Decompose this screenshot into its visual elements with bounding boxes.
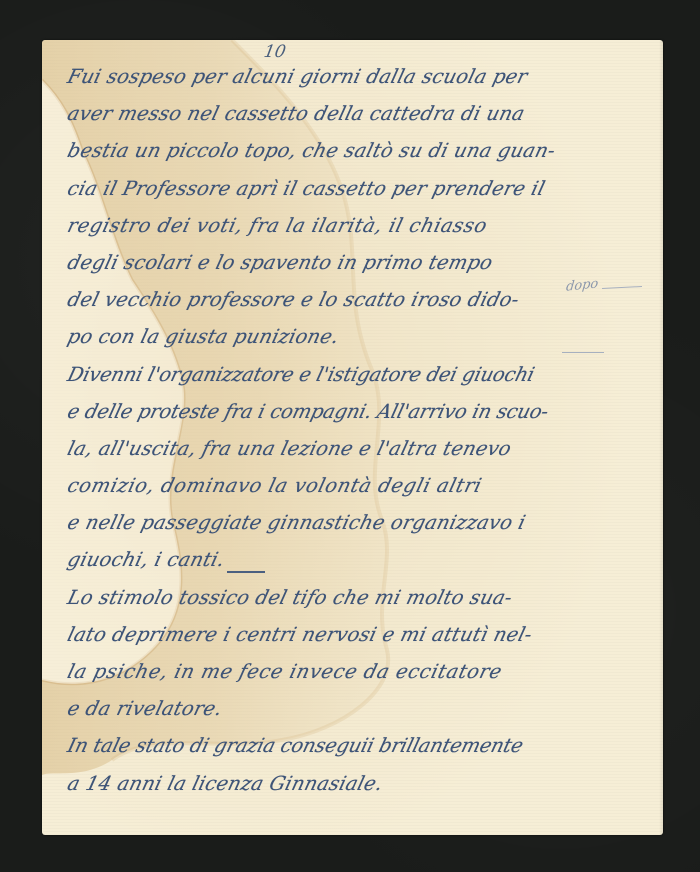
pencil-underline-mark <box>562 352 604 353</box>
text-line: bestia un piccolo topo, che saltò su di … <box>63 132 662 169</box>
text-line: Divenni l'organizzatore e l'istigatore d… <box>63 356 662 393</box>
text-line: po con la giusta punizione. <box>63 318 662 355</box>
text-line: aver messo nel cassetto della cattedra d… <box>63 95 662 132</box>
manuscript-page: 10 Fui sospeso per alcuni giorni dalla s… <box>42 40 663 835</box>
text-line: Lo stimolo tossico del tifo che mi molto… <box>63 579 662 616</box>
ink-underline-mark <box>227 571 265 573</box>
text-line: la, all'uscita, fra una lezione e l'altr… <box>63 430 662 467</box>
text-line: Fui sospeso per alcuni giorni dalla scuo… <box>63 58 662 95</box>
text-line: giuochi, i canti. <box>63 541 662 578</box>
handwritten-text-body: Fui sospeso per alcuni giorni dalla scuo… <box>68 58 658 802</box>
text-line: e da rivelatore. <box>63 690 662 727</box>
text-line: registro dei voti, fra la ilarità, il ch… <box>63 207 662 244</box>
text-line: e delle proteste fra i compagni. All'arr… <box>63 393 662 430</box>
text-line: cia il Professore aprì il cassetto per p… <box>63 170 662 207</box>
text-line: la psiche, in me fece invece da eccitato… <box>63 653 662 690</box>
text-line: comizio, dominavo la volontà degli altri <box>63 467 662 504</box>
text-line: lato deprimere i centri nervosi e mi att… <box>63 616 662 653</box>
text-line: a 14 anni la licenza Ginnasiale. <box>63 765 662 802</box>
text-line: degli scolari e lo spavento in primo tem… <box>63 244 662 281</box>
text-line: In tale stato di grazia conseguii brilla… <box>63 727 662 764</box>
text-line: e nelle passeggiate ginnastiche organizz… <box>63 504 662 541</box>
